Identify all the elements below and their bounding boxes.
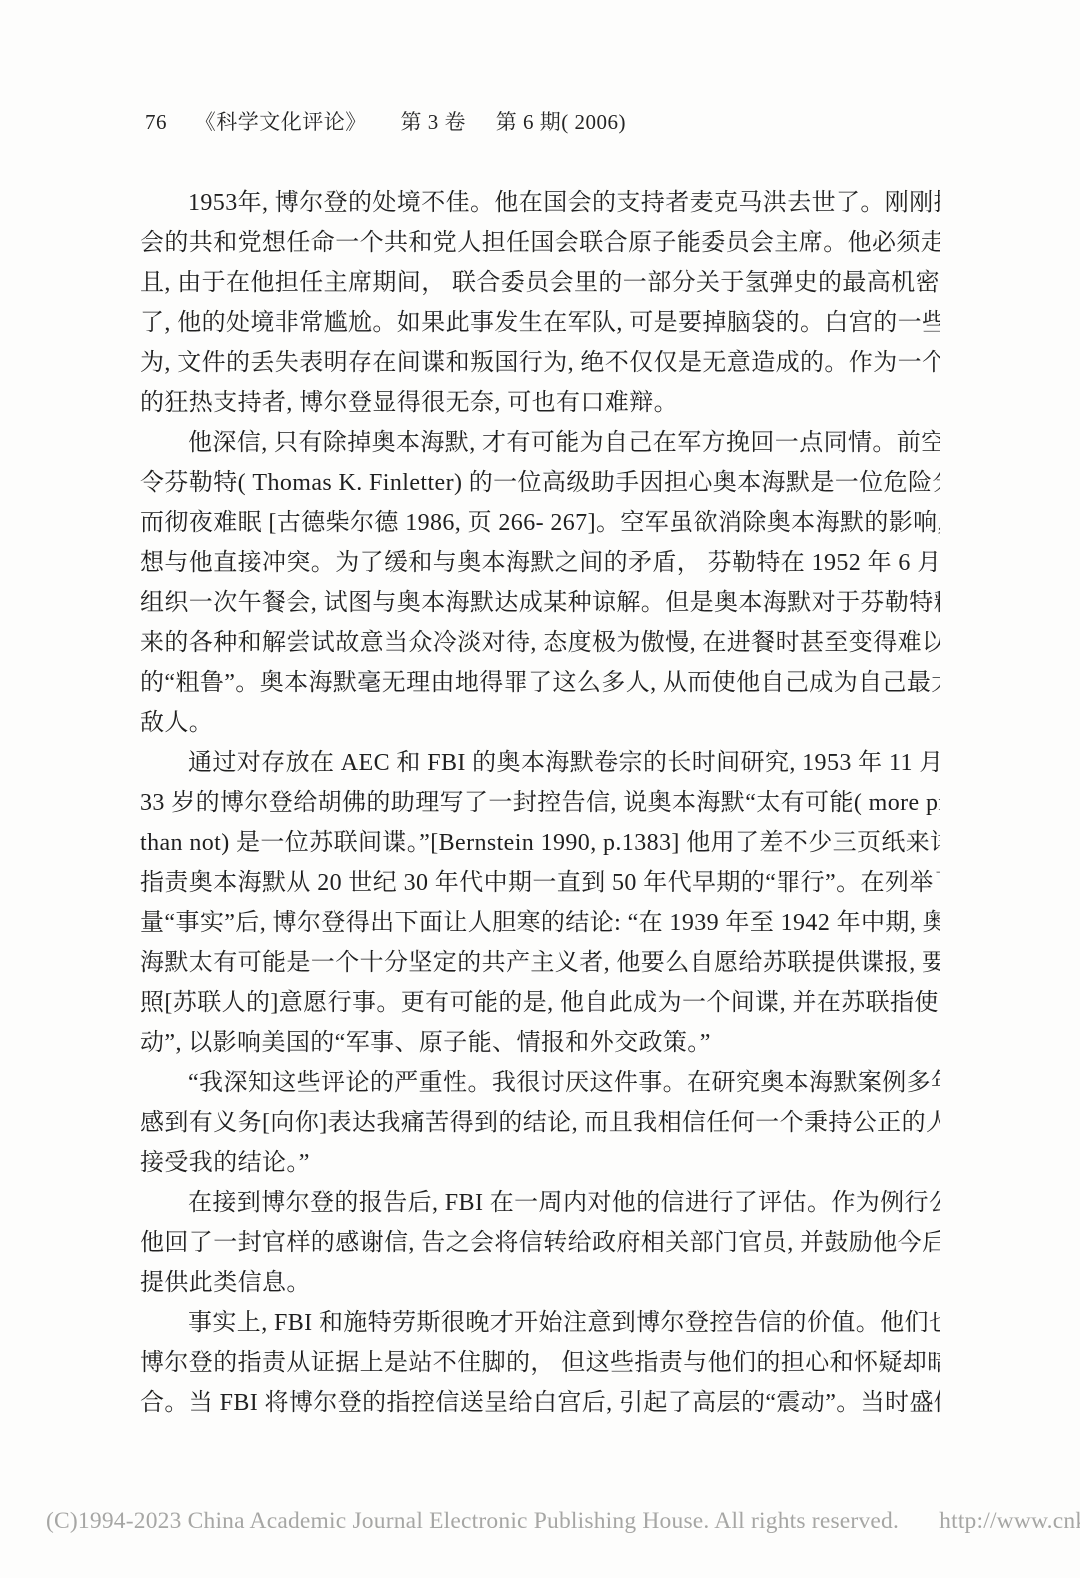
text-line: 的狂热支持者, 博尔登显得很无奈, 可也有口难辩。: [140, 383, 940, 423]
text-line: 动”, 以影响美国的“军事、原子能、情报和外交政策。”: [140, 1023, 940, 1063]
text-line: 为, 文件的丢失表明存在间谍和叛国行为, 绝不仅仅是无意造成的。作为一个氢弹: [140, 343, 940, 383]
text-line: 会的共和党想任命一个共和党人担任国会联合原子能委员会主席。他必须走人。而: [140, 223, 940, 263]
site-url: http://www.cnki.ne: [939, 1508, 1080, 1534]
journal-page: 76 《科学文化评论》 第 3 卷 第 6 期( 2006) 1953年, 博尔…: [0, 0, 1080, 1578]
document-body: 1953年, 博尔登的处境不佳。他在国会的支持者麦克马洪去世了。刚刚控制国会的共…: [140, 183, 940, 1423]
text-line: 且, 由于在他担任主席期间， 联合委员会里的一部分关于氢弹史的最高机密丢失: [140, 263, 940, 303]
copyright-text: (C)1994-2023 China Academic Journal Elec…: [46, 1508, 899, 1534]
text-line: 接受我的结论。”: [140, 1143, 940, 1183]
running-head: 76 《科学文化评论》 第 3 卷 第 6 期( 2006): [145, 106, 626, 136]
text-line: 指责奥本海默从 20 世纪 30 年代中期一直到 50 年代早期的“罪行”。在列…: [140, 863, 940, 903]
text-line: 了, 他的处境非常尴尬。如果此事发生在军队, 可是要掉脑袋的。白宫的一些顾问认: [140, 303, 940, 343]
text-line: 通过对存放在 AEC 和 FBI 的奥本海默卷宗的长时间研究, 1953 年 1…: [140, 743, 940, 783]
text-line: 而彻夜难眠 [古德柴尔德 1986, 页 266- 267]。空军虽欲消除奥本海…: [140, 503, 940, 543]
text-line: 的“粗鲁”。奥本海默毫无理由地得罪了这么多人, 从而使他自己成为自己最大的: [140, 663, 940, 703]
text-line: 来的各种和解尝试故意当众冷淡对待, 态度极为傲慢, 在进餐时甚至变得难以置信: [140, 623, 940, 663]
volume-label: 第 3 卷: [401, 106, 467, 136]
text-line: 他回了一封官样的感谢信, 告之会将信转给政府相关部门官员, 并鼓励他今后继续: [140, 1223, 940, 1263]
text-line: 照[苏联人的]意愿行事。更有可能的是, 他自此成为一个间谍, 并在苏联指使下行: [140, 983, 940, 1023]
page-number: 76: [145, 110, 167, 135]
text-line: 博尔登的指责从证据上是站不住脚的， 但这些指责与他们的担心和怀疑却暗相吻: [140, 1343, 940, 1383]
text-line: 1953年, 博尔登的处境不佳。他在国会的支持者麦克马洪去世了。刚刚控制国: [140, 183, 940, 223]
text-line: 事实上, FBI 和施特劳斯很晚才开始注意到博尔登控告信的价值。他们也知道: [140, 1303, 940, 1343]
text-line: 海默太有可能是一个十分坚定的共产主义者, 他要么自愿给苏联提供谍报, 要么遵: [140, 943, 940, 983]
issue-label: 第 6 期( 2006): [496, 106, 626, 136]
page-footer: (C)1994-2023 China Academic Journal Elec…: [46, 1506, 1080, 1536]
journal-title: 《科学文化评论》: [195, 106, 367, 136]
text-line: 合。当 FBI 将博尔登的指控信送呈给白宫后, 引起了高层的“震动”。当时盛传,…: [140, 1383, 940, 1423]
text-line: 量“事实”后, 博尔登得出下面让人胆寒的结论: “在 1939 年至 1942 …: [140, 903, 940, 943]
text-line: 33 岁的博尔登给胡佛的助理写了一封控告信, 说奥本海默“太有可能( more …: [140, 783, 940, 823]
text-line: 敌人。: [140, 703, 940, 743]
text-line: 组织一次午餐会, 试图与奥本海默达成某种谅解。但是奥本海默对于芬勒特释放出: [140, 583, 940, 623]
text-line: than not) 是一位苏联间谍。”[Bernstein 1990, p.13…: [140, 823, 940, 863]
text-line: 提供此类信息。: [140, 1263, 940, 1303]
text-line: “我深知这些评论的严重性。我很讨厌这件事。在研究奥本海默案例多年后, 我: [140, 1063, 940, 1103]
text-line: 在接到博尔登的报告后, FBI 在一周内对他的信进行了评估。作为例行公事, 给: [140, 1183, 940, 1223]
text-line: 令芬勒特( Thomas K. Finletter) 的一位高级助手因担心奥本海…: [140, 463, 940, 503]
text-line: 感到有义务[向你]表达我痛苦得到的结论, 而且我相信任何一个秉持公正的人都会: [140, 1103, 940, 1143]
text-line: 他深信, 只有除掉奥本海默, 才有可能为自己在军方挽回一点同情。前空军司: [140, 423, 940, 463]
text-line: 想与他直接冲突。为了缓和与奥本海默之间的矛盾， 芬勒特在 1952 年 6 月曾…: [140, 543, 940, 583]
